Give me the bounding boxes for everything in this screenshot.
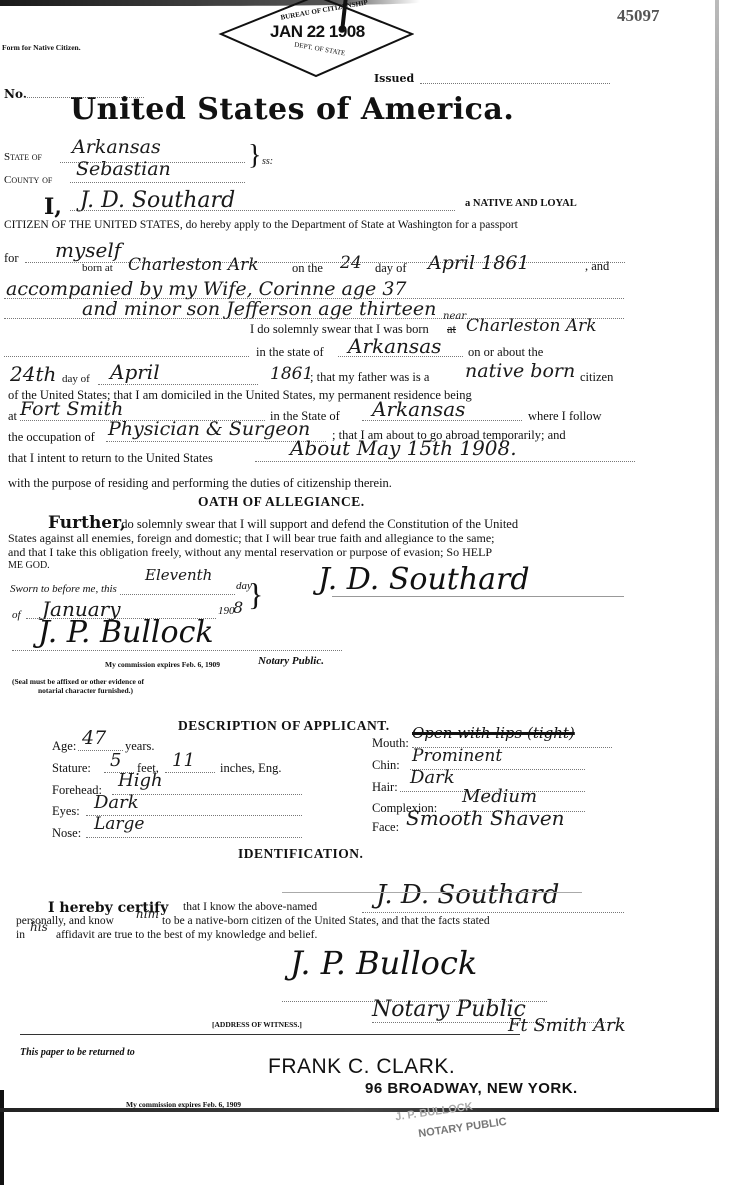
named-value: J. D. Southard <box>376 880 559 910</box>
witness-signature: J. P. Bullock <box>290 944 477 982</box>
hair-value: Dark <box>410 767 455 788</box>
for-field-line <box>25 262 625 263</box>
born-at-label: born at <box>82 262 113 274</box>
residence-state-field-line <box>362 420 522 421</box>
eyes-label: Eyes: <box>52 804 80 819</box>
county-label: County of <box>4 174 52 186</box>
age-label: Age: <box>52 739 76 754</box>
occupation-label: the occupation of <box>8 430 95 445</box>
father-value: native born <box>465 360 575 382</box>
id-line-1: that I know the above-named <box>183 901 317 913</box>
notary-signature: J. P. Bullock <box>38 615 214 650</box>
age-value: 47 <box>82 727 106 749</box>
company-address: 96 BROADWAY, NEW YORK. <box>365 1080 578 1097</box>
forehead-value: High <box>118 770 163 791</box>
id-line-3a: in <box>16 929 25 941</box>
birth-year-value: 1861 <box>270 364 313 384</box>
oath-line-4: ME GOD. <box>8 560 50 571</box>
witness-title: Notary Public <box>372 997 526 1022</box>
seal-note-line-1: (Seal must be affixed or other evidence … <box>12 677 144 686</box>
born-at-struck: at <box>447 322 456 337</box>
scan-edge-right <box>715 0 719 1110</box>
seal-note-line-2: notarial character furnished.) <box>38 686 133 695</box>
chin-value: Prominent <box>412 746 502 766</box>
stature-label: Stature: <box>52 761 91 776</box>
serial-number: 45097 <box>617 6 660 26</box>
oath-heading: OATH OF ALLEGIANCE. <box>198 494 365 510</box>
notary-signature-line <box>12 650 342 651</box>
residence-value: Fort Smith <box>20 398 123 420</box>
day-of-label-2: day of <box>62 373 90 385</box>
i-label: I, <box>44 194 62 220</box>
nose-label: Nose: <box>52 826 81 841</box>
named-upper-line <box>282 892 582 893</box>
sworn-label: Sworn to before me, this <box>10 583 117 595</box>
birth-day-value: 24th <box>10 362 56 386</box>
form-label: Form for Native Citizen. <box>2 43 81 52</box>
years-label: years. <box>125 739 155 754</box>
oath-line-3: and that I take this obligation freely, … <box>8 545 492 560</box>
name-field-line <box>70 210 455 211</box>
chin-label: Chin: <box>372 758 400 773</box>
brace-icon: } <box>248 140 261 172</box>
state-value: Arkansas <box>72 136 161 158</box>
inches-value: 11 <box>172 750 195 771</box>
received-stamp: BUREAU OF CITIZENSHIP JAN 22 1908 DEPT. … <box>218 0 414 82</box>
accompanied-line-2: and minor son Jefferson age thirteen <box>82 298 436 320</box>
commission-text: My commission expires Feb. 6, 1909 <box>105 660 220 669</box>
address-label: [ADDRESS OF WITNESS.] <box>212 1020 302 1029</box>
accompanied-line-1: accompanied by my Wife, Corinne age 37 <box>6 278 407 300</box>
return-text: that I intent to return to the United St… <box>8 451 213 466</box>
stamp-date: JAN 22 1908 <box>270 22 365 42</box>
return-value: About May 15th 1908. <box>290 436 517 460</box>
inches-label: inches, Eng. <box>220 761 281 776</box>
return-field-line <box>255 461 635 462</box>
id-line-2b: to be a native-born citizen of the Unite… <box>162 915 490 927</box>
at-label: at <box>8 409 17 424</box>
year-suffix-value: 8 <box>233 598 243 617</box>
id-line-2-value: him <box>136 907 159 921</box>
day-of-label: day of <box>375 261 407 276</box>
eyes-value: Dark <box>94 792 139 813</box>
description-heading: DESCRIPTION OF APPLICANT. <box>178 718 390 734</box>
and-label: , and <box>585 259 609 274</box>
mouth-value-struck: Open with lips (tight) <box>412 724 575 742</box>
native-loyal-text: a NATIVE AND LOYAL <box>465 198 577 209</box>
inches-field-line <box>165 772 215 773</box>
born-at-value: Charleston Ark <box>128 255 259 275</box>
residence-state-value: Arkansas <box>372 397 465 421</box>
in-state-label: in the state of <box>256 345 324 360</box>
applicant-signature: J. D. Southard <box>318 562 530 597</box>
county-value: Sebastian <box>76 158 171 180</box>
state-label: State of <box>4 151 42 163</box>
born-place-field-line <box>4 356 249 357</box>
issued-field-line <box>420 83 610 84</box>
citizen-label: citizen <box>580 370 613 385</box>
birth-month-value: April <box>110 360 160 384</box>
face-label: Face: <box>372 820 399 835</box>
for-label: for <box>4 251 19 266</box>
nose-value: Large <box>94 814 145 834</box>
born-place-value: Charleston Ark <box>466 316 597 336</box>
nose-field-line <box>86 837 302 838</box>
father-text: ; that my father was is a <box>310 370 429 385</box>
day-value: 24 <box>340 253 362 273</box>
scan-edge-left <box>0 1090 4 1185</box>
birth-month-year-value: April 1861 <box>428 252 530 274</box>
hair-label: Hair: <box>372 780 398 795</box>
on-the-label: on the <box>292 261 323 276</box>
id-line-3b: affidavit are true to the best of my kno… <box>56 929 317 941</box>
document-title: United States of America. <box>70 92 514 127</box>
identification-heading: IDENTIFICATION. <box>238 846 363 862</box>
complexion-value: Medium <box>462 786 537 807</box>
birth-month-field-line <box>98 384 258 385</box>
address-value: Ft Smith Ark <box>508 1015 626 1036</box>
where-i-follow-label: where I follow <box>528 409 602 424</box>
sworn-day-value: Eleventh <box>145 566 212 584</box>
passport-application-document: Form for Native Citizen. BUREAU OF CITIZ… <box>0 0 729 1185</box>
oath-line-2: States against all enemies, foreign and … <box>8 531 495 546</box>
faded-notary-stamp-line-2: NOTARY PUBLIC <box>418 1116 508 1140</box>
scan-edge-bottom <box>0 1108 719 1112</box>
notary-public-label: Notary Public. <box>258 655 324 667</box>
oath-line-1: I do solemnly swear that I will support … <box>114 517 518 532</box>
return-note: This paper to be returned to <box>20 1047 135 1058</box>
occupation-value: Physician & Surgeon <box>108 418 310 440</box>
face-value: Smooth Shaven <box>406 806 565 830</box>
purpose-text: with the purpose of residing and perform… <box>8 476 392 491</box>
in-state-field-line <box>338 356 463 357</box>
applicant-signature-line <box>332 596 624 597</box>
on-or-about-label: on or about the <box>468 345 543 360</box>
citizen-line: CITIZEN OF THE UNITED STATES, do hereby … <box>4 219 518 231</box>
no-label: No. <box>4 87 27 101</box>
feet-value: 5 <box>110 750 121 771</box>
for-value: myself <box>55 238 121 262</box>
sworn-day-field-line <box>120 594 235 595</box>
brace-icon-2: } <box>248 576 263 613</box>
named-field-line <box>362 912 624 913</box>
county-field-line <box>70 182 245 183</box>
mouth-label: Mouth: <box>372 736 409 751</box>
company-name: FRANK C. CLARK. <box>268 1055 455 1079</box>
in-state-value: Arkansas <box>348 334 441 358</box>
forehead-field-line <box>112 794 302 795</box>
id-line-3-value: his <box>30 920 48 934</box>
born-near-value: near <box>443 311 466 322</box>
issued-label: Issued <box>374 72 414 85</box>
footer-divider <box>20 1034 520 1035</box>
of-label: of <box>12 609 21 621</box>
ss-label: ss: <box>262 156 273 167</box>
faded-notary-stamp-line-1: J. P. BULLOCK <box>395 1101 474 1124</box>
footer-commission-text: My commission expires Feb. 6, 1909 <box>126 1100 241 1109</box>
